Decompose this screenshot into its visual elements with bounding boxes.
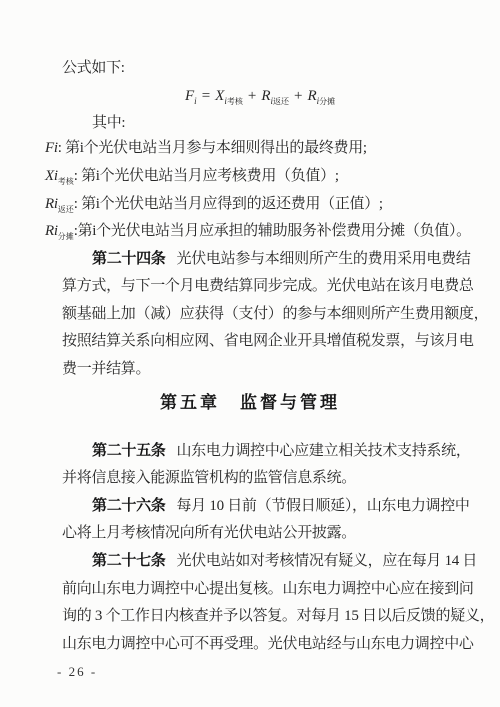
definition-xi-colon: : [74, 168, 81, 184]
definition-ri-return: Ri返还: 第i个光伏电站当月应得到的返还费用（正值）; [45, 193, 383, 215]
article-27-line-2: 前向山东电力调控中心提出复核。山东电力调控中心应在接到问 [62, 578, 474, 600]
article-26-line-1: 第二十六条每月 10 日前（节假日顺延），山东电力调控中 [92, 495, 470, 517]
definition-ri-share-var: Ri [45, 223, 58, 239]
article-25-line-2: 并将信息接入能源监管机构的监管信息系统。 [62, 467, 356, 489]
definition-fi-text: 第i个光伏电站当月参与本细则得出的最终费用; [65, 140, 367, 156]
article-24-title: 第二十四条 [92, 251, 166, 267]
article-25-title: 第二十五条 [92, 443, 166, 459]
article-24-line-1: 第二十四条光伏电站参与本细则所产生的费用采用电费结 [92, 248, 471, 270]
article-27-text-4: 山东电力调控中心可不再受理。光伏电站经与山东电力调控中心 [62, 636, 474, 652]
definition-xi: Xi考核: 第i个光伏电站当月应考核费用（负值）; [45, 165, 339, 187]
formula-intro-text: 公式如下: [62, 60, 125, 76]
article-24-text-3: 额基础上加（减）应获得（支付）的参与本细则所产生费用额度， [62, 306, 488, 322]
article-27-text-1: 光伏电站如对考核情况有疑义，应在每月 14 日 [177, 553, 478, 569]
article-24-line-3: 额基础上加（减）应获得（支付）的参与本细则所产生费用额度， [62, 303, 488, 325]
article-27-text-3: 询的 3 个工作日内核查并予以答复。对每月 15 日以后反馈的疑义， [62, 608, 494, 624]
formula-term1-var: X [215, 88, 224, 104]
definition-ri-share-text: 第i个光伏电站当月应承担的辅助服务补偿费用分摊（负值）。 [78, 223, 471, 239]
chapter-5-heading-text: 第五章 监督与管理 [160, 393, 340, 412]
article-24-text-4: 按照结算关系向相应网、省电网企业开具增值税发票，与该月电 [62, 333, 474, 349]
definition-ri-return-var: Ri [45, 196, 58, 212]
definition-fi-colon: : [58, 140, 65, 156]
definition-ri-return-text: 第i个光伏电站当月应得到的返还费用（正值）; [81, 196, 383, 212]
article-27-line-3: 询的 3 个工作日内核查并予以答复。对每月 15 日以后反馈的疑义， [62, 605, 494, 627]
formula-term3-sub-cn: 分摊 [319, 97, 335, 106]
definition-xi-text: 第i个光伏电站当月应考核费用（负值）; [81, 168, 339, 184]
article-27-line-1: 第二十七条光伏电站如对考核情况有疑义，应在每月 14 日 [92, 550, 477, 572]
definition-ri-share: Ri分摊:第i个光伏电站当月应承担的辅助服务补偿费用分摊（负值）。 [45, 220, 471, 242]
formula-term3-var: R [307, 88, 316, 104]
page-number: - 26 - [57, 661, 97, 683]
equals-sign: = [197, 88, 215, 104]
formula: Fi=Xi考核+Ri返还+Ri分摊 [185, 85, 335, 107]
definition-ri-share-sub: 分摊 [58, 232, 74, 241]
article-26-title: 第二十六条 [92, 498, 166, 514]
formula-result-var: F [185, 88, 194, 104]
article-27-text-2: 前向山东电力调控中心提出复核。山东电力调控中心应在接到问 [62, 581, 474, 597]
article-25-line-1: 第二十五条山东电力调控中心应建立相关技术支持系统， [92, 440, 471, 462]
definition-fi: Fi: 第i个光伏电站当月参与本细则得出的最终费用; [45, 137, 367, 159]
article-24-line-2: 算方式，与下一个月电费结算同步完成。光伏电站在该月电费总 [62, 275, 474, 297]
definition-fi-var: Fi [45, 140, 58, 156]
article-24-text-1: 光伏电站参与本细则所产生的费用采用电费结 [177, 251, 471, 267]
article-26-line-2: 心将上月考核情况向所有光伏电站公开披露。 [62, 522, 356, 544]
article-24-line-4: 按照结算关系向相应网、省电网企业开具增值税发票，与该月电 [62, 330, 474, 352]
definition-ri-return-sub: 返还 [58, 205, 74, 214]
plus-sign-1: + [243, 88, 261, 104]
among-line: 其中: [92, 112, 125, 134]
plus-sign-2: + [289, 88, 307, 104]
article-26-text-1: 每月 10 日前（节假日顺延），山东电力调控中 [177, 498, 470, 514]
among-text: 其中: [92, 115, 125, 131]
article-24-text-5: 费一并结算。 [62, 361, 150, 377]
document-page: 公式如下: Fi=Xi考核+Ri返还+Ri分摊 其中: Fi: 第i个光伏电站当… [0, 0, 500, 707]
article-27-line-4: 山东电力调控中心可不再受理。光伏电站经与山东电力调控中心 [62, 633, 474, 655]
article-27-title: 第二十七条 [92, 553, 166, 569]
page-number-text: - 26 - [57, 664, 97, 679]
article-25-text-2: 并将信息接入能源监管机构的监管信息系统。 [62, 470, 356, 486]
formula-intro-line: 公式如下: [62, 57, 125, 79]
definition-xi-sub: 考核 [58, 177, 74, 186]
definition-ri-return-colon: : [74, 196, 81, 212]
formula-term1-sub-cn: 考核 [227, 97, 243, 106]
formula-term2-sub-cn: 返还 [273, 97, 289, 106]
article-24-text-2: 算方式，与下一个月电费结算同步完成。光伏电站在该月电费总 [62, 278, 474, 294]
article-25-text-1: 山东电力调控中心应建立相关技术支持系统， [177, 443, 471, 459]
article-26-text-2: 心将上月考核情况向所有光伏电站公开披露。 [62, 525, 356, 541]
definition-xi-var: Xi [45, 168, 58, 184]
article-24-line-5: 费一并结算。 [62, 358, 150, 380]
chapter-5-heading: 第五章 监督与管理 [0, 392, 500, 414]
